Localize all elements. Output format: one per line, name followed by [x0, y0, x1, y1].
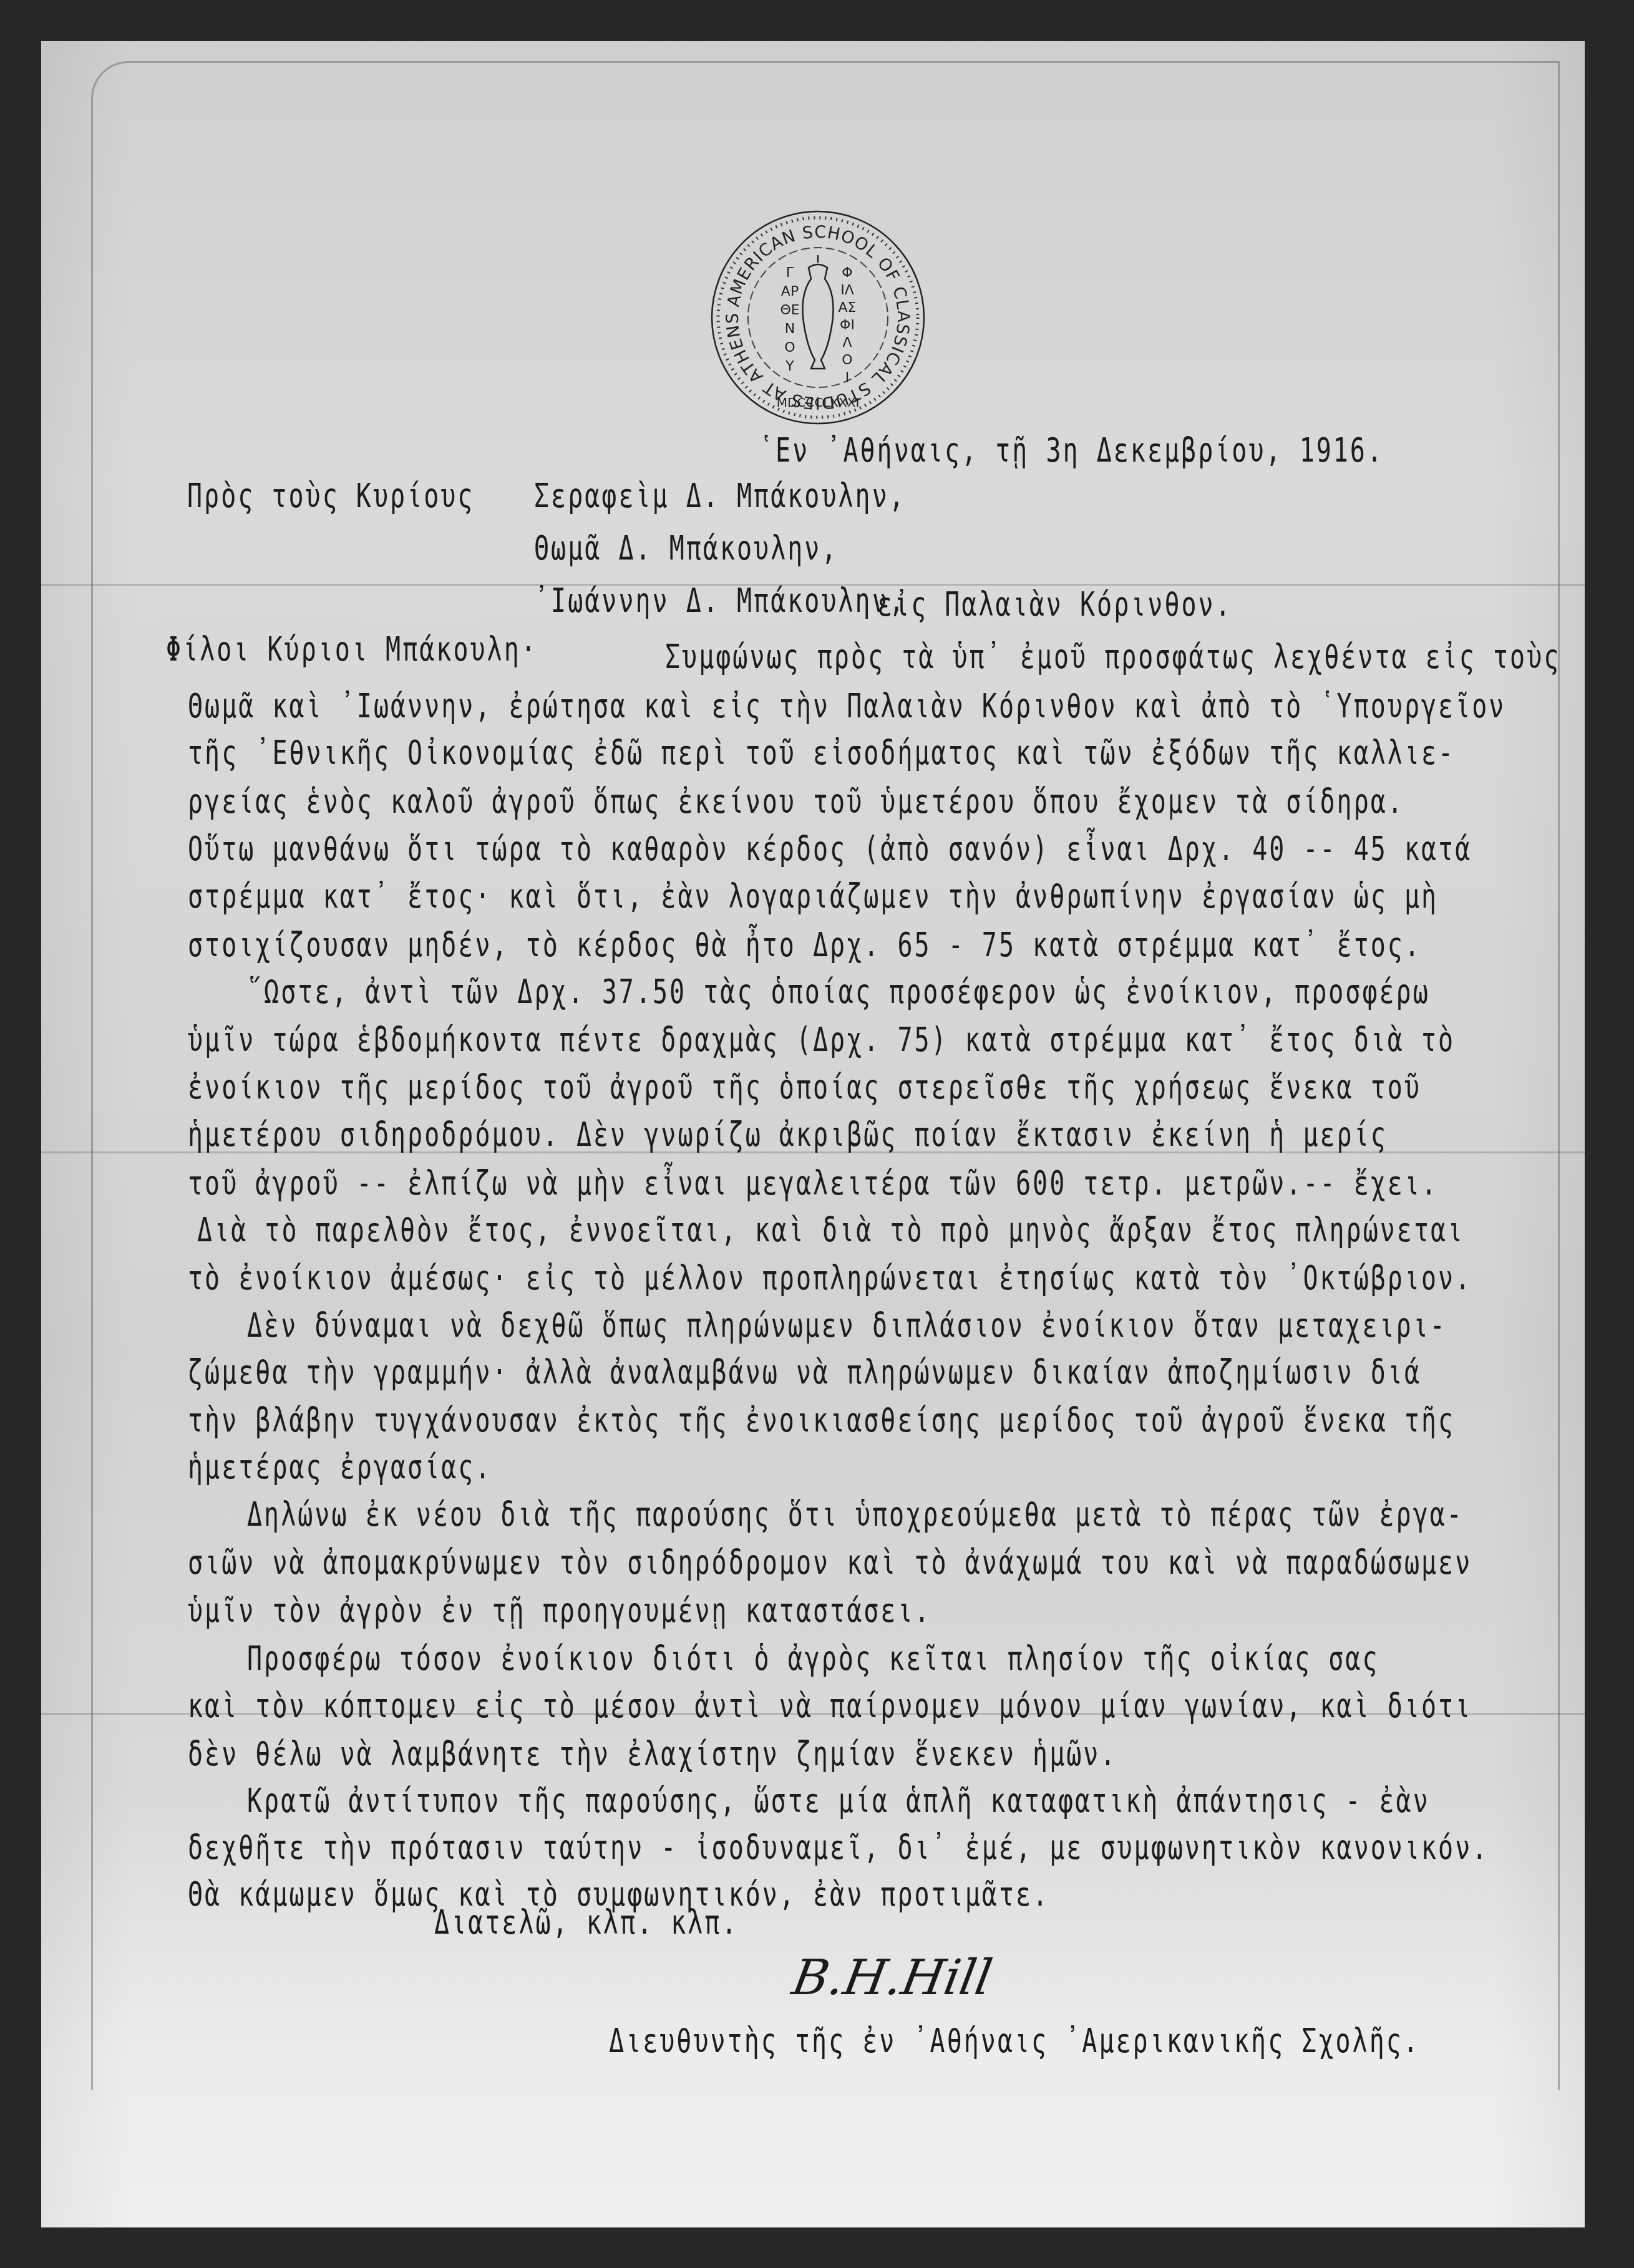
body-line: δὲν θέλω νὰ λαμβάνητε τὴν ἐλαχίστην ζημί…	[188, 1735, 1117, 1773]
svg-text:Ο: Ο	[784, 340, 795, 356]
svg-text:ΑΡ: ΑΡ	[781, 284, 799, 299]
body-line: στρέμμα κατ᾿ ἔτος· καὶ ὅτι, ἐὰν λογαριάζ…	[188, 877, 1438, 916]
letter-page: AMERICAN SCHOOL OF CLASSICAL STUDIES AT …	[41, 41, 1585, 2227]
body-line: καὶ τὸν κόπτομεν εἰς τὸ μέσον ἀντὶ νὰ πα…	[188, 1687, 1472, 1725]
svg-text:ΑΣ: ΑΣ	[839, 300, 857, 316]
body-line: δεχθῆτε τὴν πρότασιν ταύτην - ἰσοδυναμεῖ…	[188, 1828, 1489, 1867]
body-line: τοῦ ἀγροῦ -- ἐλπίζω νὰ μὴν εἶναι μεγαλει…	[188, 1164, 1438, 1203]
body-line: ζώμεθα τὴν γραμμήν· ἀλλὰ ἀναλαμβάνω νὰ π…	[188, 1353, 1421, 1392]
body-line: Συμφώνως πρὸς τὰ ὑπ᾿ ἐμοῦ προσφάτως λεχθ…	[665, 637, 1560, 676]
svg-text:MDCCCLXXXI: MDCCCLXXXI	[777, 395, 860, 410]
svg-text:Ι: Ι	[845, 370, 850, 385]
body-line: Προσφέρω τόσον ἐνοίκιον διότι ὁ ἀγρὸς κε…	[247, 1639, 1379, 1678]
svg-text:AMERICAN SCHOOL OF CLASSICAL S: AMERICAN SCHOOL OF CLASSICAL STUDIES AT …	[723, 223, 913, 412]
svg-text:Ο: Ο	[842, 352, 852, 368]
body-line: Δὲν δύναμαι νὰ δεχθῶ ὅπως πληρώνωμεν διπ…	[247, 1306, 1447, 1345]
body-line: Κρατῶ ἀντίτυπον τῆς παρούσης, ὥστε μία ἁ…	[247, 1781, 1430, 1820]
address-prefix: Πρὸς τοὺς Κυρίους	[187, 477, 474, 515]
body-line: Διὰ τὸ παρελθὸν ἔτος, ἐννοεῖται, καὶ διὰ…	[197, 1211, 1464, 1249]
body-line: σιῶν νὰ ἀπομακρύνωμεν τὸν σιδηρόδρομον κ…	[188, 1543, 1472, 1582]
svg-text:Ν: Ν	[785, 321, 795, 337]
svg-text:ΦΙ: ΦΙ	[840, 317, 855, 333]
body-line: Δηλώνω ἐκ νέου διὰ τῆς παρούσης ὅτι ὑποχ…	[247, 1495, 1464, 1534]
body-line: ργείας ἑνὸς καλοῦ ἀγροῦ ὅπως ἐκείνου τοῦ…	[188, 782, 1404, 821]
svg-text:Γ: Γ	[786, 265, 794, 281]
recipient-1: Σεραφεὶμ Δ. Μπάκουλην,	[534, 477, 906, 515]
dateline: ῾Εν ᾿Αθήναις, τῇ 3η Δεκεμβρίου, 1916.	[759, 431, 1384, 470]
closing: Διατελῶ, κλπ. κλπ.	[434, 1903, 738, 1942]
body-line: τὴν βλάβην τυγχάνουσαν ἐκτὸς τῆς ἐνοικια…	[188, 1401, 1455, 1440]
body-line: Θωμᾶ καὶ ᾿Ιωάννην, ἐρώτησα καὶ εἰς τὴν Π…	[188, 687, 1505, 725]
recipient-location: εἰς Παλαιὰν Κόρινθον.	[877, 585, 1232, 624]
body-line: ὑμῖν τὸν ἀγρὸν ἐν τῇ προηγουμένῃ καταστά…	[188, 1591, 931, 1630]
svg-text:ΘΕ: ΘΕ	[780, 303, 799, 318]
body-line: τῆς ᾿Εθνικῆς Οἰκονομίας ἐδῶ περὶ τοῦ εἰσ…	[188, 734, 1455, 772]
svg-text:Φ: Φ	[842, 265, 852, 281]
body-line: ἡμετέρου σιδηροδρόμου. Δὲν γνωρίζω ἀκριβ…	[188, 1115, 1388, 1154]
greeting: Φίλοι Κύριοι Μπάκουλη·	[166, 630, 538, 669]
body-line: ῞Ωστε, ἀντὶ τῶν Δρχ. 37.50 τὰς ὁποίας πρ…	[247, 972, 1430, 1011]
body-line: τὸ ἐνοίκιον ἀμέσως· εἰς τὸ μέλλον προπλη…	[188, 1259, 1472, 1297]
svg-text:ΙΛ: ΙΛ	[840, 283, 854, 298]
svg-text:Λ: Λ	[842, 335, 852, 351]
svg-text:Υ: Υ	[785, 359, 794, 374]
body-line: ἐνοίκιον τῆς μερίδος τοῦ ἀγροῦ τῆς ὁποία…	[188, 1068, 1421, 1107]
body-line: στοιχίζουσαν μηδέν, τὸ κέρδος θὰ ἦτο Δρχ…	[188, 926, 1421, 964]
body-line: ὑμῖν τώρα ἑβδομήκοντα πέντε δραχμὰς (Δρχ…	[188, 1020, 1455, 1059]
body-line: ἡμετέρας ἐργασίας.	[188, 1448, 492, 1486]
school-seal-icon: AMERICAN SCHOOL OF CLASSICAL STUDIES AT …	[709, 208, 927, 427]
body-line: Οὕτω μανθάνω ὅτι τώρα τὸ καθαρὸν κέρδος …	[188, 830, 1472, 868]
recipient-3: ᾿Ιωάννην Δ. Μπάκουλην,	[534, 581, 906, 620]
signer-title: Διευθυντὴς τῆς ἐν ᾿Αθήναις ᾿Αμερικανικῆς…	[609, 2022, 1420, 2060]
signature: B.H.Hill	[788, 1950, 996, 2006]
recipient-2: Θωμᾶ Δ. Μπάκουλην,	[534, 529, 838, 568]
